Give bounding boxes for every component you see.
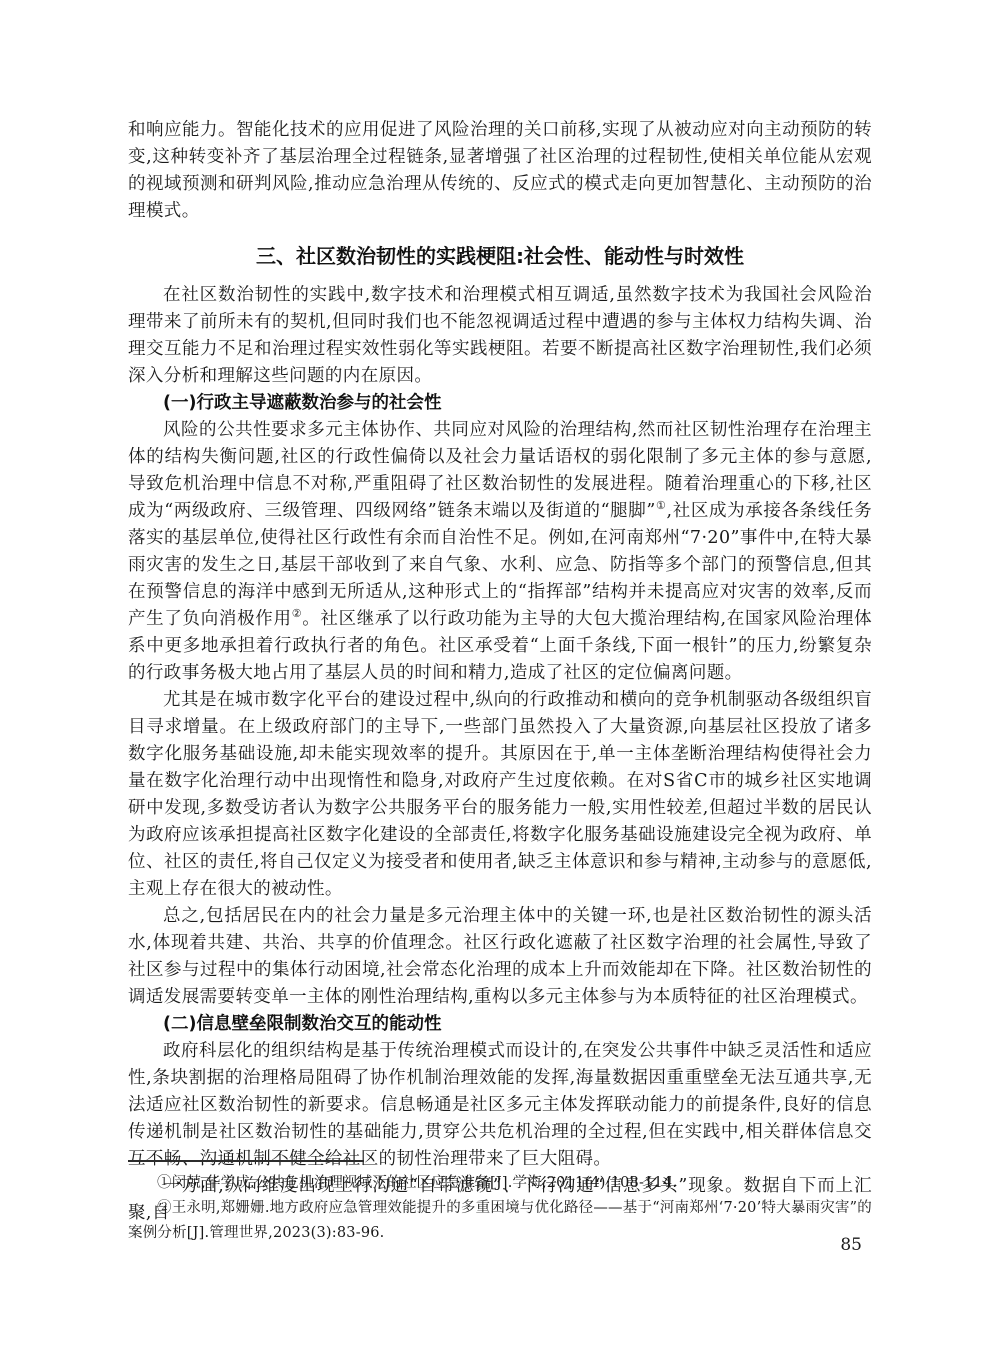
page-content: 和响应能力。智能化技术的应用促进了风险治理的关口前移,实现了从被动应对向主动预防… bbox=[128, 117, 872, 1227]
footnotes-section: ①闵兢,华学成.公共危机治理视域下的社区应急准备[J].学海,2011(4):1… bbox=[128, 1160, 872, 1246]
footnote-2: ②王永明,郑姗姗.地方政府应急管理效能提升的多重困境与优化路径——基于“河南郑州… bbox=[128, 1196, 872, 1246]
subsection-heading-1: (一)行政主导遮蔽数治参与的社会性 bbox=[128, 390, 872, 417]
section-heading: 三、社区数治韧性的实践梗阻:社会性、能动性与时效性 bbox=[128, 242, 872, 270]
paragraph-overview: 在社区数治韧性的实践中,数字技术和治理模式相互调适,虽然数字技术为我国社会风险治… bbox=[128, 282, 872, 390]
paragraph-summary: 总之,包括居民在内的社会力量是多元治理主体中的关键一环,也是社区数治韧性的源头活… bbox=[128, 903, 872, 1011]
paragraph-continuation: 和响应能力。智能化技术的应用促进了风险治理的关口前移,实现了从被动应对向主动预防… bbox=[128, 117, 872, 225]
footnote-1: ①闵兢,华学成.公共危机治理视域下的社区应急准备[J].学海,2011(4):1… bbox=[128, 1171, 872, 1196]
footnote-separator bbox=[128, 1160, 364, 1162]
footnote-ref-2: ② bbox=[292, 607, 303, 620]
paragraph-information-barrier: 政府科层化的组织结构是基于传统治理模式而设计的,在突发公共事件中缺乏灵活性和适应… bbox=[128, 1038, 872, 1173]
page-number: 85 bbox=[840, 1235, 862, 1255]
footnote-ref-1: ① bbox=[656, 499, 667, 512]
paragraph-digital-platform: 尤其是在城市数字化平台的建设过程中,纵向的行政推动和横向的竞争机制驱动各级组织盲… bbox=[128, 687, 872, 903]
paragraph-admin-dominance: 风险的公共性要求多元主体协作、共同应对风险的治理结构,然而社区韧性治理存在治理主… bbox=[128, 417, 872, 687]
subsection-heading-2: (二)信息壁垒限制数治交互的能动性 bbox=[128, 1011, 872, 1038]
document-page: 和响应能力。智能化技术的应用促进了风险治理的关口前移,实现了从被动应对向主动预防… bbox=[0, 0, 1000, 1347]
